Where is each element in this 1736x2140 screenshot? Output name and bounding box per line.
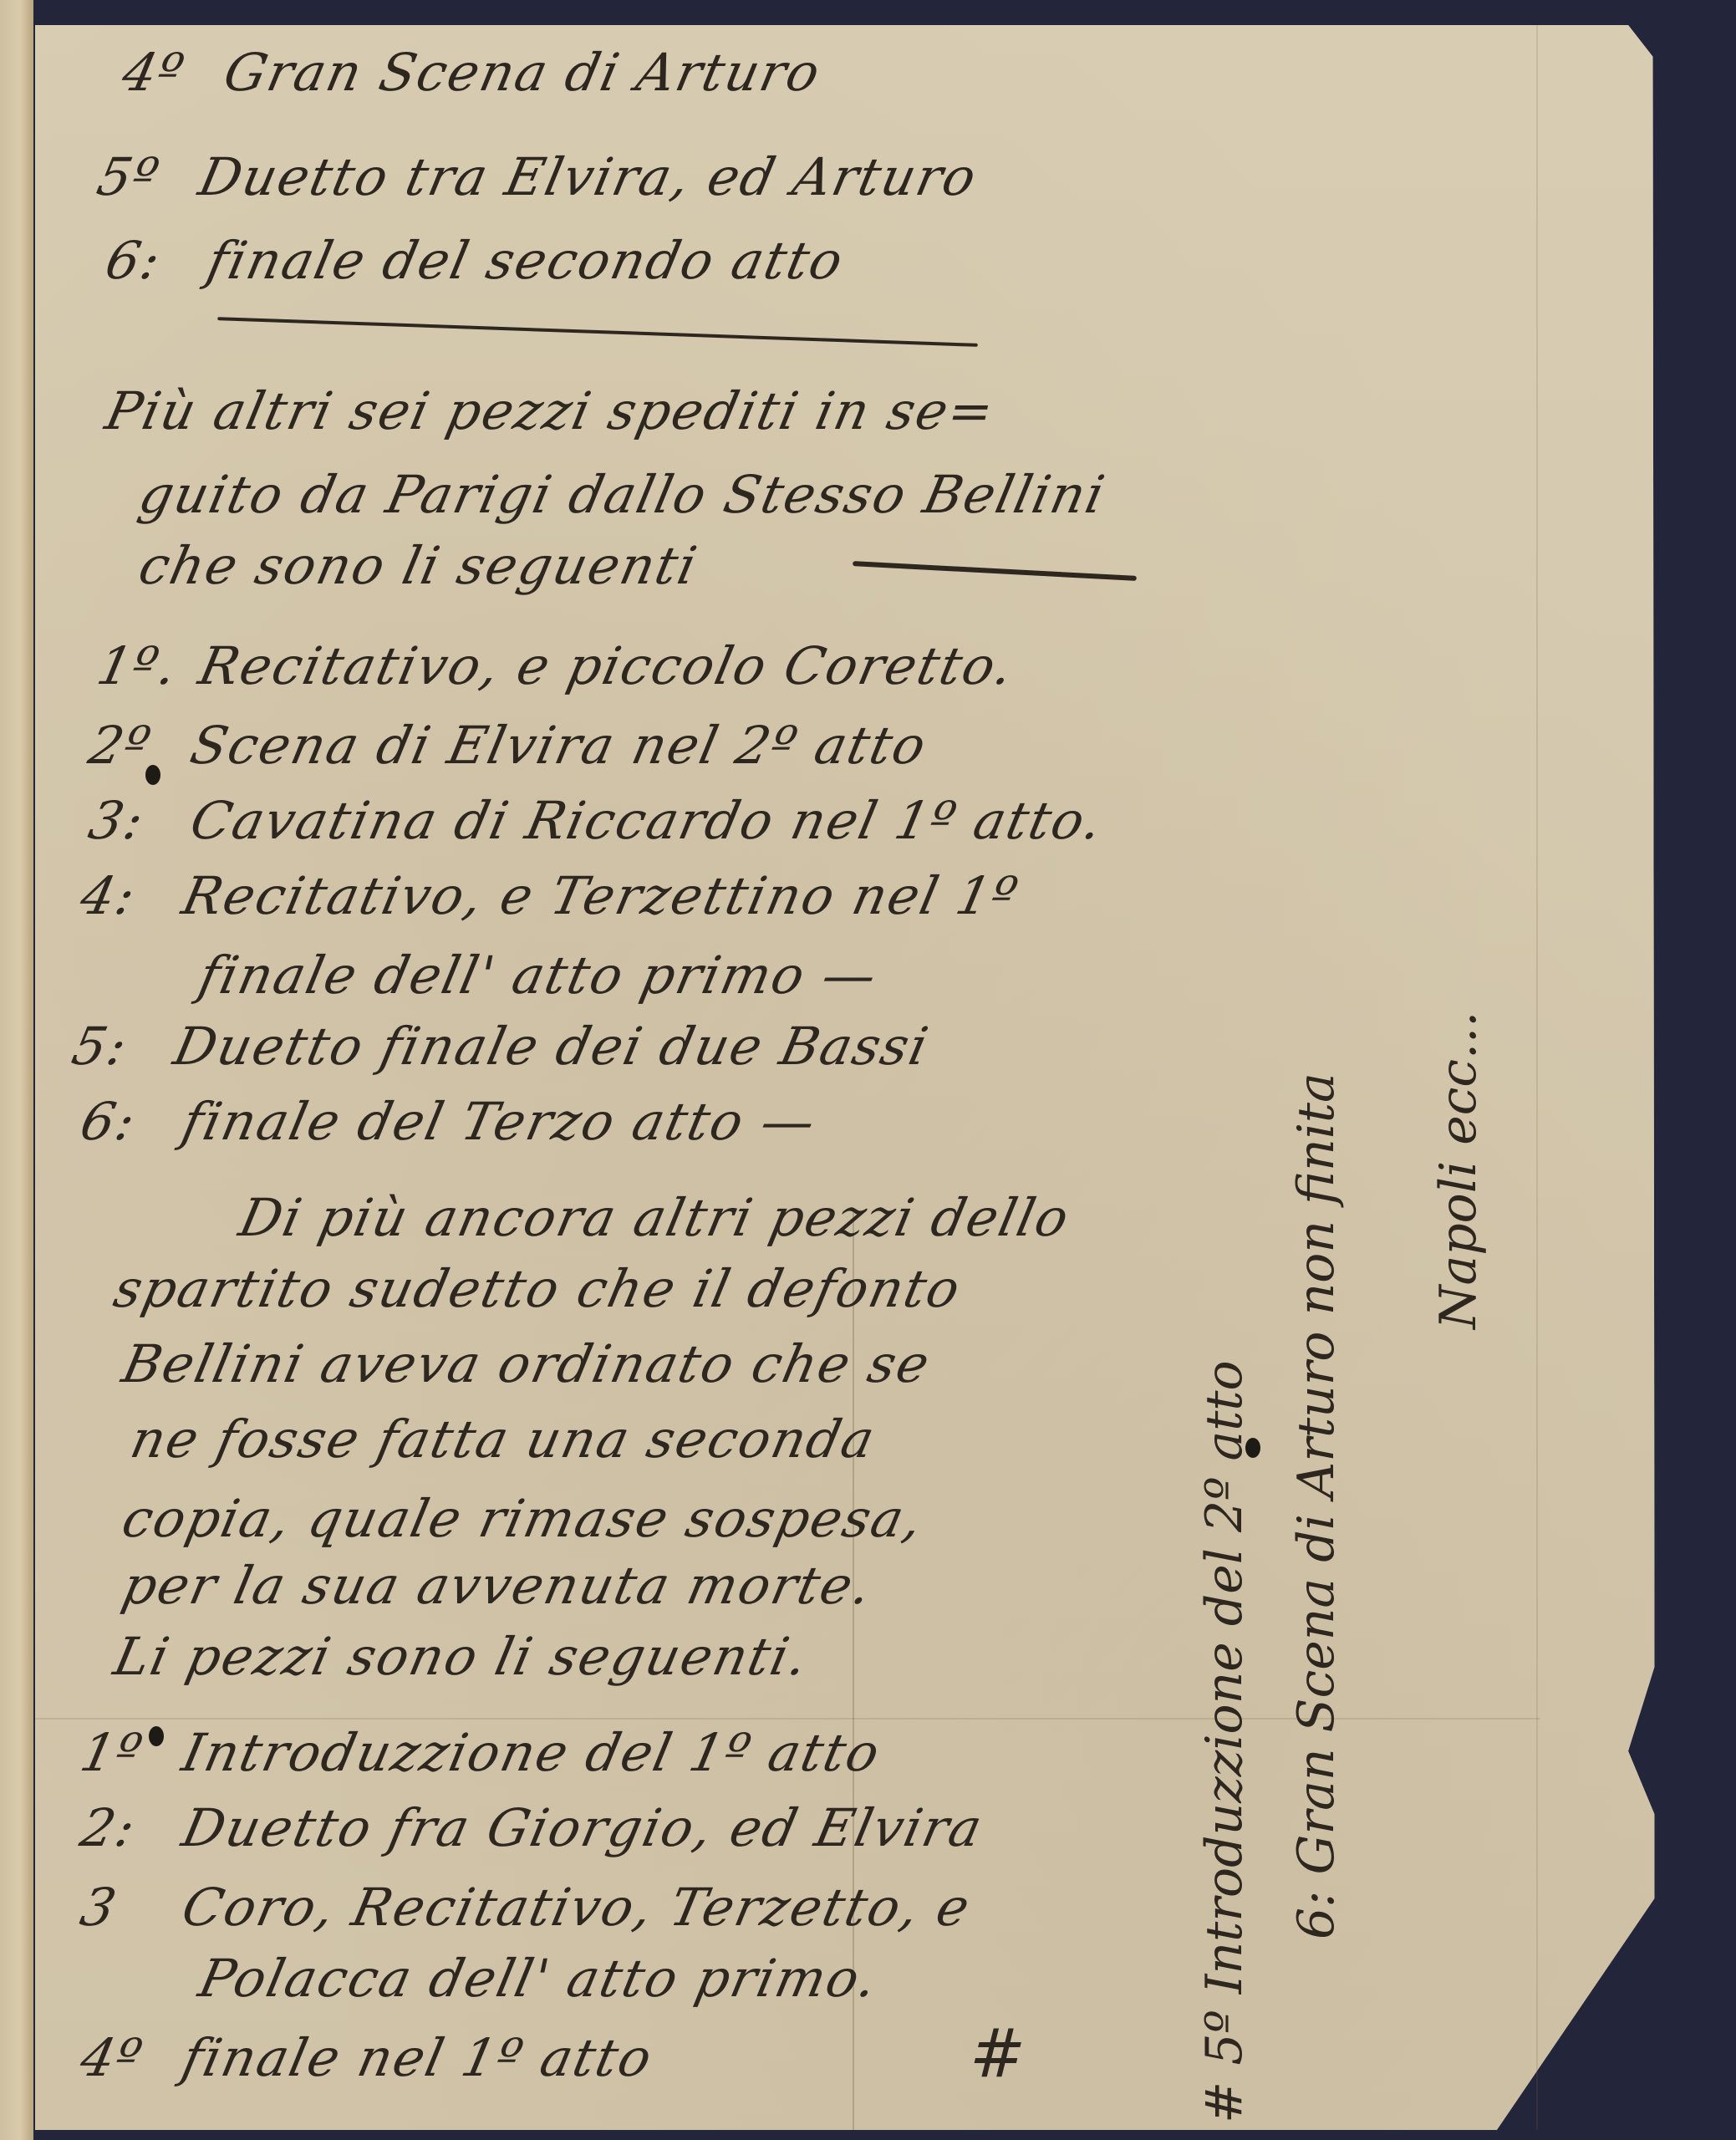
text-line: Di più ancora altri pezzi dello bbox=[234, 1187, 1076, 1248]
margin-note-line: # 5º Introduzzione del 2º atto bbox=[1195, 1360, 1254, 2123]
list-item: 1º. Recitativo, e piccolo Coretto. bbox=[92, 635, 1020, 696]
list-item: 4º finale nel 1º atto bbox=[75, 2027, 659, 2088]
list-item: 6: finale del secondo atto bbox=[100, 230, 849, 291]
ink-blot bbox=[1245, 1438, 1260, 1458]
list-item: 1º Introduzzione del 1º atto bbox=[75, 1722, 886, 1783]
list-item: 4: Recitativo, e Terzettino nel 1º bbox=[75, 865, 1025, 926]
text-line: copia, quale rimase sospesa, bbox=[117, 1488, 929, 1549]
list-item: 3: Cavatina di Riccardo nel 1º atto. bbox=[84, 790, 1109, 851]
text-line: guito da Parigi dallo Stesso Bellini bbox=[134, 464, 1111, 525]
list-item: 2: Duetto fra Giorgio, ed Elvira bbox=[75, 1797, 989, 1858]
ink-blot bbox=[145, 765, 160, 785]
margin-note-line: 6: Gran Scena di Arturo non finita bbox=[1287, 1073, 1346, 1939]
list-item: 3 Coro, Recitativo, Terzetto, e bbox=[75, 1877, 976, 1938]
hash-mark: # bbox=[970, 2015, 1026, 2092]
adjacent-page-edge bbox=[0, 0, 33, 2140]
list-item: Polacca dell' atto primo. bbox=[92, 1948, 883, 2009]
margin-note-line: Napoli ecc... bbox=[1429, 1011, 1488, 1329]
list-item: 4º Gran Scena di Arturo bbox=[117, 42, 827, 103]
text-line: che sono li seguenti bbox=[134, 535, 704, 596]
list-item: 6: finale del Terzo atto — bbox=[75, 1091, 822, 1152]
text-line: spartito sudetto che il defonto bbox=[109, 1258, 967, 1319]
list-item: 2º Scena di Elvira nel 2º atto bbox=[84, 715, 933, 776]
text-line: Li pezzi sono li seguenti. bbox=[109, 1626, 814, 1687]
list-item: finale dell' atto primo — bbox=[92, 945, 883, 1006]
list-item: 5º Duetto tra Elvira, ed Arturo bbox=[92, 146, 983, 207]
text-line: Più altri sei pezzi spediti in se= bbox=[100, 380, 1000, 441]
fold-line bbox=[1536, 25, 1538, 2130]
text-line: Bellini aveva ordinato che se bbox=[117, 1333, 936, 1394]
text-line: per la sua avvenuta morte. bbox=[117, 1555, 878, 1616]
list-item: 5: Duetto finale dei due Bassi bbox=[67, 1016, 934, 1077]
text-line: ne fosse fatta una seconda bbox=[125, 1409, 881, 1470]
